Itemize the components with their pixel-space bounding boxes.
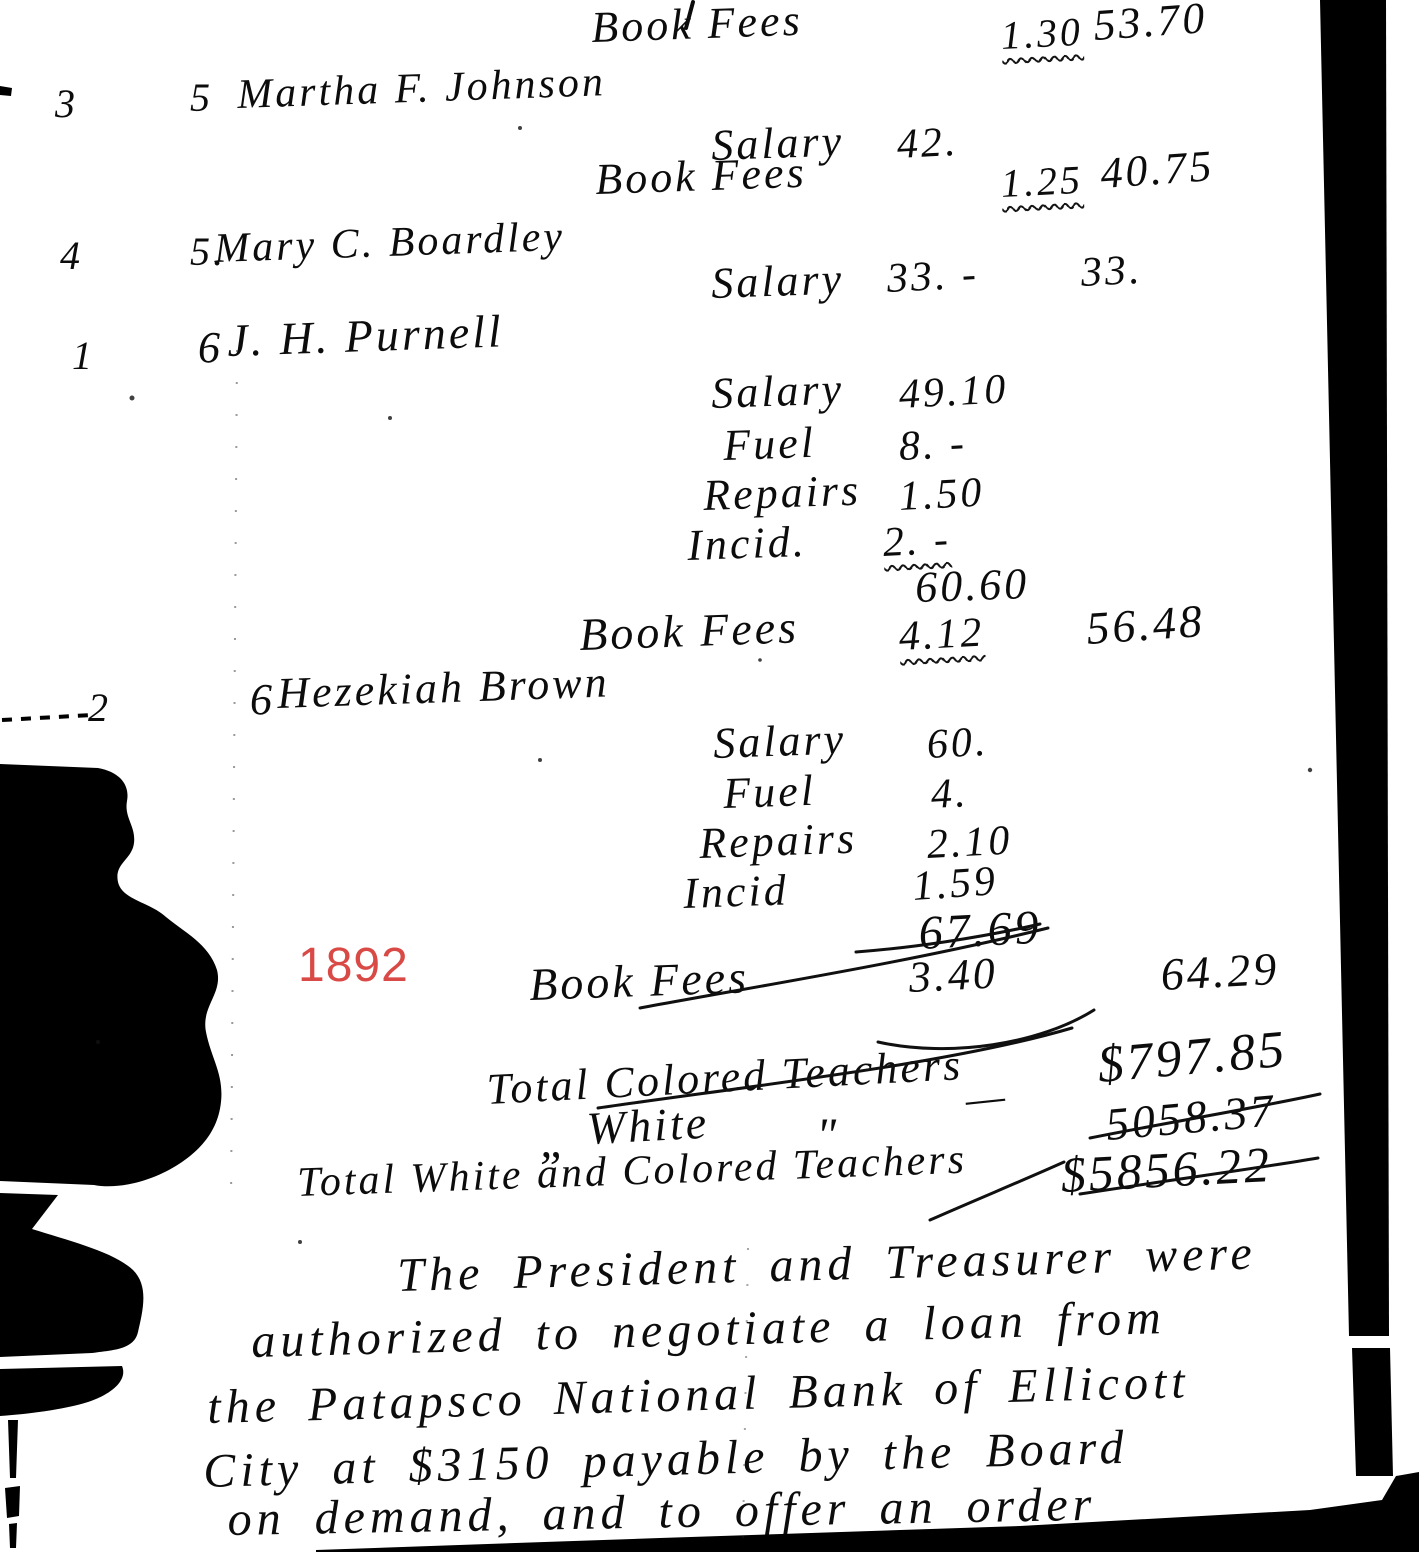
fuel-value: 4. [930,772,970,816]
minutes-line-2: authorized to negotiate a loan from [251,1294,1166,1366]
incidentals-label: Incid [682,868,789,916]
salary-value: 33. - [886,253,980,300]
salary-label: Salary [710,367,844,416]
incidentals-value: 1.59 [911,860,999,908]
book-fees-value: 4.12 [898,612,986,658]
salary-label: Salary [710,257,844,306]
ink-blob-lower [0,1193,143,1357]
entry-row-number: 1 [72,336,95,376]
salary-value: 60. [926,721,990,766]
salary-value: 49.10 [898,368,1010,416]
salary-value: 42. [896,121,960,166]
noise-dot [538,758,542,762]
teacher-name: Mary C. Boardley [214,216,566,270]
repairs-label: Repairs [702,469,861,518]
noise-dot [1308,768,1312,772]
teacher-name: Martha F. Johnson [237,61,607,116]
salary-label: Salary [712,717,846,766]
total-colored-label: Total Colored Teachers [486,1043,964,1112]
entry-row-number: 3 [55,84,78,124]
scan-edge-bar-right [1320,0,1389,1336]
ink-drip [5,1420,20,1548]
dashed-rule [2,715,92,720]
teacher-name: Hezekiah Brown [276,660,610,716]
ink-blob-upper [0,764,221,1186]
entry-district-number: 6 [198,326,223,370]
repairs-value: 1.50 [898,472,986,518]
book-fees-value: 1.25 [1000,160,1084,204]
entry-district-number: 5 [190,78,213,118]
entry-district-number: 6 [250,678,275,722]
carryover-book-fees-label: Book Fees [590,0,803,50]
noise-dot [298,1240,302,1244]
noise-dot [388,416,392,420]
net-amount: 33. [1080,249,1144,294]
minutes-line-5: on demand, and to offer an order [227,1481,1097,1544]
year-annotation: 1892 [298,942,409,990]
teacher-name: J. H. Purnell [226,308,504,364]
grand-total-label: Total White and Colored Teachers [297,1139,968,1204]
minutes-line-1: The President and Treasurer were [397,1230,1257,1300]
incidentals-label: Incid. [686,520,807,568]
noise-dot [96,1040,100,1044]
total-colored-dash: — [963,1074,1009,1122]
total-white-label: White [586,1100,711,1152]
book-fees-label: Book Fees [578,604,799,658]
noise-dot [758,658,762,662]
book-fees-label: Book Fees [594,151,807,202]
grand-total-amount: $5856.22 [1059,1139,1273,1200]
repairs-label: Repairs [698,817,857,866]
fold-dots-left [231,350,237,1205]
incidentals-value: 2. - [882,518,952,564]
carryover-net-value: 53.70 [1092,0,1209,48]
noise-dot [518,126,522,130]
scanned-ledger-page: Book Fees 1.30 53.70 3 5 Martha F. Johns… [0,0,1419,1552]
book-fees-label: Book Fees [528,954,749,1008]
book-fees-value: 3.40 [908,951,999,1000]
entry-row-number: 2 [88,688,111,728]
fuel-label: Fuel [722,421,816,468]
minutes-line-3: the Patapsco National Bank of Ellicott [207,1358,1190,1432]
ink-blob-wedge [0,1366,123,1416]
margin-dash [0,86,12,96]
entry-row-number: 4 [60,236,83,276]
scan-edge-bar-right-lower [1352,1348,1393,1476]
fuel-label: Fuel [722,769,816,816]
subtotal-value: 60.60 [914,562,1029,610]
fuel-value: 8. - [898,422,968,468]
net-amount: 56.48 [1085,598,1206,652]
noise-dot [130,396,135,401]
total-colored-amount: $797.85 [1095,1024,1289,1092]
carryover-book-fees-value: 1.30 [1000,12,1084,56]
net-amount: 40.75 [1099,144,1216,196]
net-amount: 64.29 [1160,946,1281,998]
